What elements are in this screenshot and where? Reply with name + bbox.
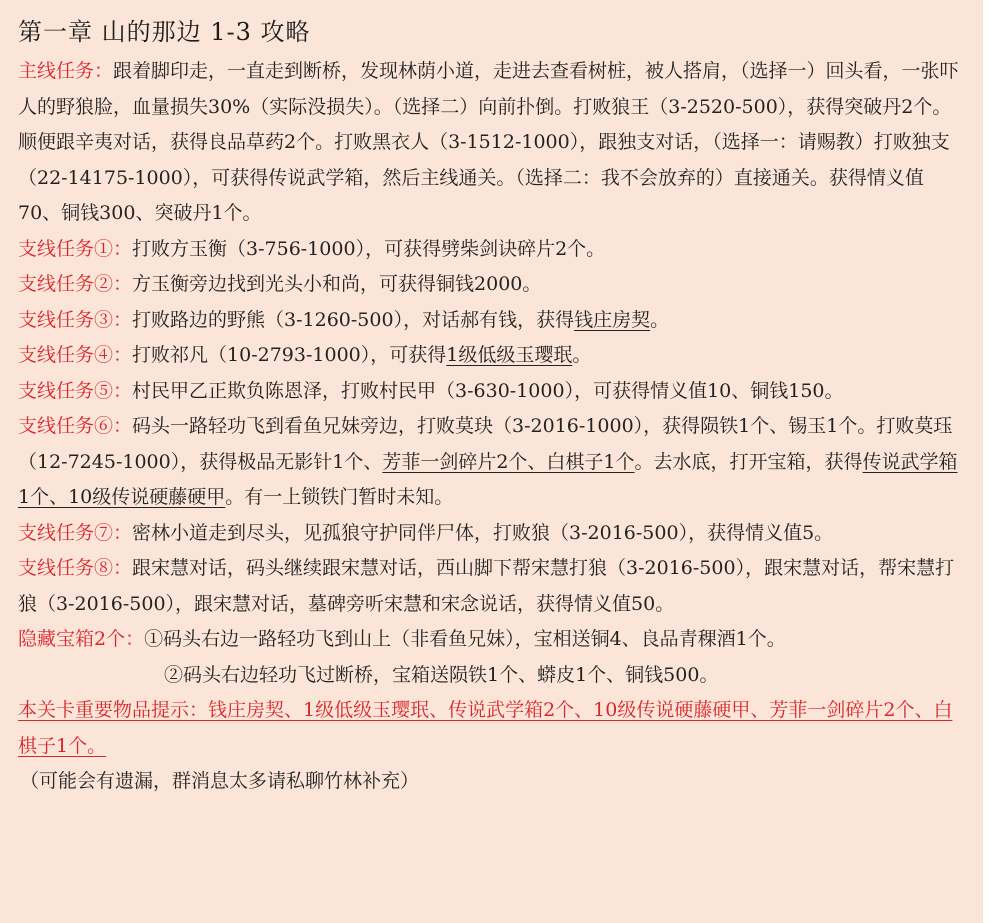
side-quest-text-mid: 。去水底，打开宝箱，获得 bbox=[635, 451, 863, 473]
side-quest-text: 打败方玉衡（3-756-1000），可获得劈柴剑诀碎片2个。 bbox=[132, 238, 605, 260]
main-quest-label: 主线任务： bbox=[18, 60, 113, 82]
side-quest-text-end: 。 bbox=[572, 344, 591, 366]
side-quest-4: 支线任务④：打败祁凡（10-2793-1000），可获得1级低级玉璎珉。 bbox=[18, 338, 963, 374]
guide-panel: 第一章 山的那边 1-3 攻略 主线任务：跟着脚印走，一直走到断桥，发现林荫小道… bbox=[0, 0, 983, 923]
side-quest-6: 支线任务⑥：码头一路轻功飞到看鱼兄妹旁边，打败莫玦（3-2016-1000），获… bbox=[18, 409, 963, 516]
side-quest-label: 支线任务⑥： bbox=[18, 415, 132, 437]
hidden-chests: 隐藏宝箱2个：①码头右边一路轻功飞到山上（非看鱼兄妹），宝相送铜4、良品青稞酒1… bbox=[18, 622, 963, 658]
side-quest-text-end: 。有一上锁铁门暂时未知。 bbox=[225, 486, 453, 508]
main-quest-text: 跟着脚印走，一直走到断桥，发现林荫小道，走进去查看树桩，被人搭肩，（选择一）回头… bbox=[18, 60, 959, 224]
side-quest-label: 支线任务④： bbox=[18, 344, 132, 366]
footnote: （可能会有遗漏，群消息太多请私聊竹林补充） bbox=[18, 764, 963, 800]
reward-highlight: 钱庄房契 bbox=[574, 309, 650, 331]
side-quest-text: 打败祁凡（10-2793-1000），可获得 bbox=[132, 344, 446, 366]
side-quest-label: 支线任务①： bbox=[18, 238, 132, 260]
side-quest-label: 支线任务⑦： bbox=[18, 522, 132, 544]
reward-highlight: 1级低级玉璎珉 bbox=[446, 344, 572, 366]
hidden-chest-item: ②码头右边轻功飞过断桥，宝箱送陨铁1个、蟒皮1个、铜钱500。 bbox=[164, 664, 718, 686]
side-quest-text: 密林小道走到尽头，见孤狼守护同伴尸体，打败狼（3-2016-500），获得情义值… bbox=[132, 522, 833, 544]
page-title: 第一章 山的那边 1-3 攻略 bbox=[18, 14, 963, 50]
side-quest-text: 村民甲乙正欺负陈恩泽，打败村民甲（3-630-1000），可获得情义值10、铜钱… bbox=[132, 380, 844, 402]
side-quest-1: 支线任务①：打败方玉衡（3-756-1000），可获得劈柴剑诀碎片2个。 bbox=[18, 232, 963, 268]
side-quest-label: 支线任务③： bbox=[18, 309, 132, 331]
side-quest-8: 支线任务⑧：跟宋慧对话，码头继续跟宋慧对话，西山脚下帮宋慧打狼（3-2016-5… bbox=[18, 551, 963, 622]
side-quest-text: 打败路边的野熊（3-1260-500），对话郝有钱，获得 bbox=[132, 309, 574, 331]
side-quest-text: 方玉衡旁边找到光头小和尚，可获得铜钱2000。 bbox=[132, 273, 541, 295]
side-quest-label: 支线任务⑤： bbox=[18, 380, 132, 402]
side-quest-label: 支线任务②： bbox=[18, 273, 132, 295]
hidden-chest-item: ①码头右边一路轻功飞到山上（非看鱼兄妹），宝相送铜4、良品青稞酒1个。 bbox=[144, 628, 786, 650]
side-quest-label: 支线任务⑧： bbox=[18, 557, 132, 579]
side-quest-2: 支线任务②：方玉衡旁边找到光头小和尚，可获得铜钱2000。 bbox=[18, 267, 963, 303]
hidden-chest-2: ②码头右边轻功飞过断桥，宝箱送陨铁1个、蟒皮1个、铜钱500。 bbox=[18, 658, 963, 694]
side-quest-7: 支线任务⑦：密林小道走到尽头，见孤狼守护同伴尸体，打败狼（3-2016-500）… bbox=[18, 516, 963, 552]
side-quest-5: 支线任务⑤：村民甲乙正欺负陈恩泽，打败村民甲（3-630-1000），可获得情义… bbox=[18, 374, 963, 410]
reward-highlight: 芳菲一剑碎片2个、白棋子1个 bbox=[382, 451, 634, 473]
side-quest-text-end: 。 bbox=[650, 309, 669, 331]
side-quest-text: 跟宋慧对话，码头继续跟宋慧对话，西山脚下帮宋慧打狼（3-2016-500），跟宋… bbox=[18, 557, 954, 615]
key-items-summary: 本关卡重要物品提示：钱庄房契、1级低级玉璎珉、传说武学箱2个、10级传说硬藤硬甲… bbox=[18, 693, 963, 764]
side-quest-3: 支线任务③：打败路边的野熊（3-1260-500），对话郝有钱，获得钱庄房契。 bbox=[18, 303, 963, 339]
guide-content: 第一章 山的那边 1-3 攻略 主线任务：跟着脚印走，一直走到断桥，发现林荫小道… bbox=[18, 14, 963, 800]
hidden-chests-label: 隐藏宝箱2个： bbox=[18, 628, 144, 650]
main-quest: 主线任务：跟着脚印走，一直走到断桥，发现林荫小道，走进去查看树桩，被人搭肩，（选… bbox=[18, 54, 963, 232]
